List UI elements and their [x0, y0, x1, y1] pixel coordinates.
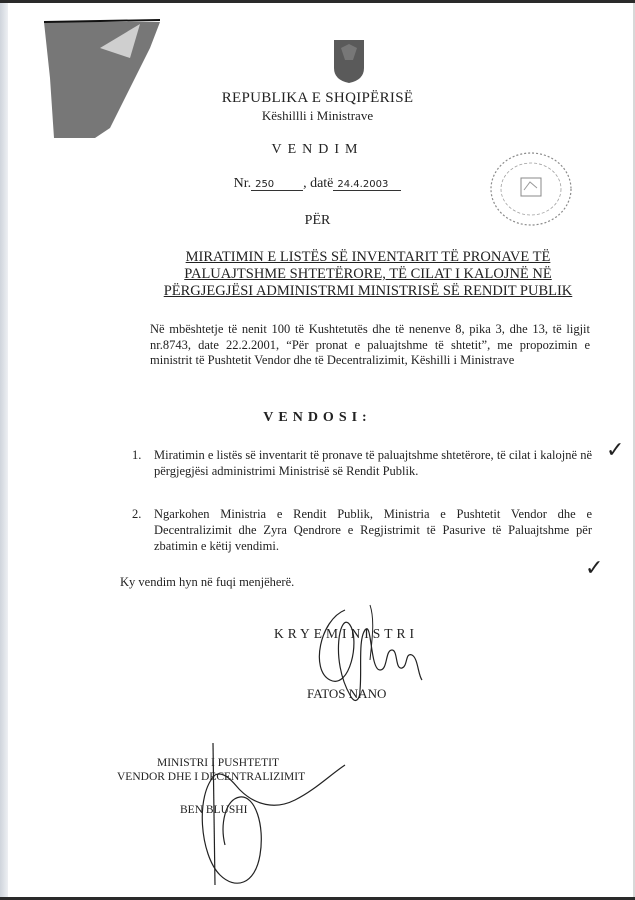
decision-item: 1. Miratimin e listës së inventarit të p…: [132, 447, 592, 479]
item-text: Miratimin e listës së inventarit të pron…: [154, 447, 592, 479]
item-number: 1.: [132, 447, 154, 479]
institution-heading: Këshillli i Ministrave: [0, 108, 635, 124]
check-mark-icon: ✓: [606, 438, 624, 463]
prime-minister-title: KRYEMINISTRI: [274, 626, 418, 642]
closing-statement: Ky vendim hyn në fuqi menjëherë.: [120, 575, 294, 590]
minister-name: BEN BLUSHI: [180, 804, 247, 816]
decides-heading: VENDOSI:: [0, 410, 635, 426]
country-heading: REPUBLIKA E SHQIPËRISË: [0, 90, 635, 107]
minister-title-line-2: VENDOR DHE I DECENTRALIZIMIT: [117, 771, 305, 783]
date-label: , datë: [303, 176, 333, 191]
nr-label: Nr.: [234, 176, 252, 191]
preamble-paragraph: Në mbështetje të nenit 100 të Kushtetutë…: [150, 322, 590, 369]
item-text: Ngarkohen Ministria e Rendit Publik, Min…: [154, 506, 592, 554]
item-number: 2.: [132, 506, 154, 554]
decision-number: 250: [251, 179, 303, 191]
decision-number-line: Nr.250, datë24.4.2003: [0, 176, 635, 192]
document-type: VENDIM: [0, 142, 635, 158]
decision-date: 24.4.2003: [333, 179, 401, 191]
scan-border-left: [0, 3, 8, 897]
coat-of-arms-icon: [333, 38, 365, 84]
check-mark-icon: ✓: [585, 556, 603, 581]
minister-title-line-1: MINISTRI I PUSHTETIT: [157, 757, 279, 769]
scan-border-top: [0, 0, 635, 3]
per-heading: PËR: [0, 213, 635, 229]
decision-title: MIRATIMIN E LISTËS SË INVENTARIT TË PRON…: [148, 249, 588, 300]
decision-item: 2. Ngarkohen Ministria e Rendit Publik, …: [132, 506, 592, 554]
prime-minister-name: FATOS NANO: [307, 686, 386, 702]
